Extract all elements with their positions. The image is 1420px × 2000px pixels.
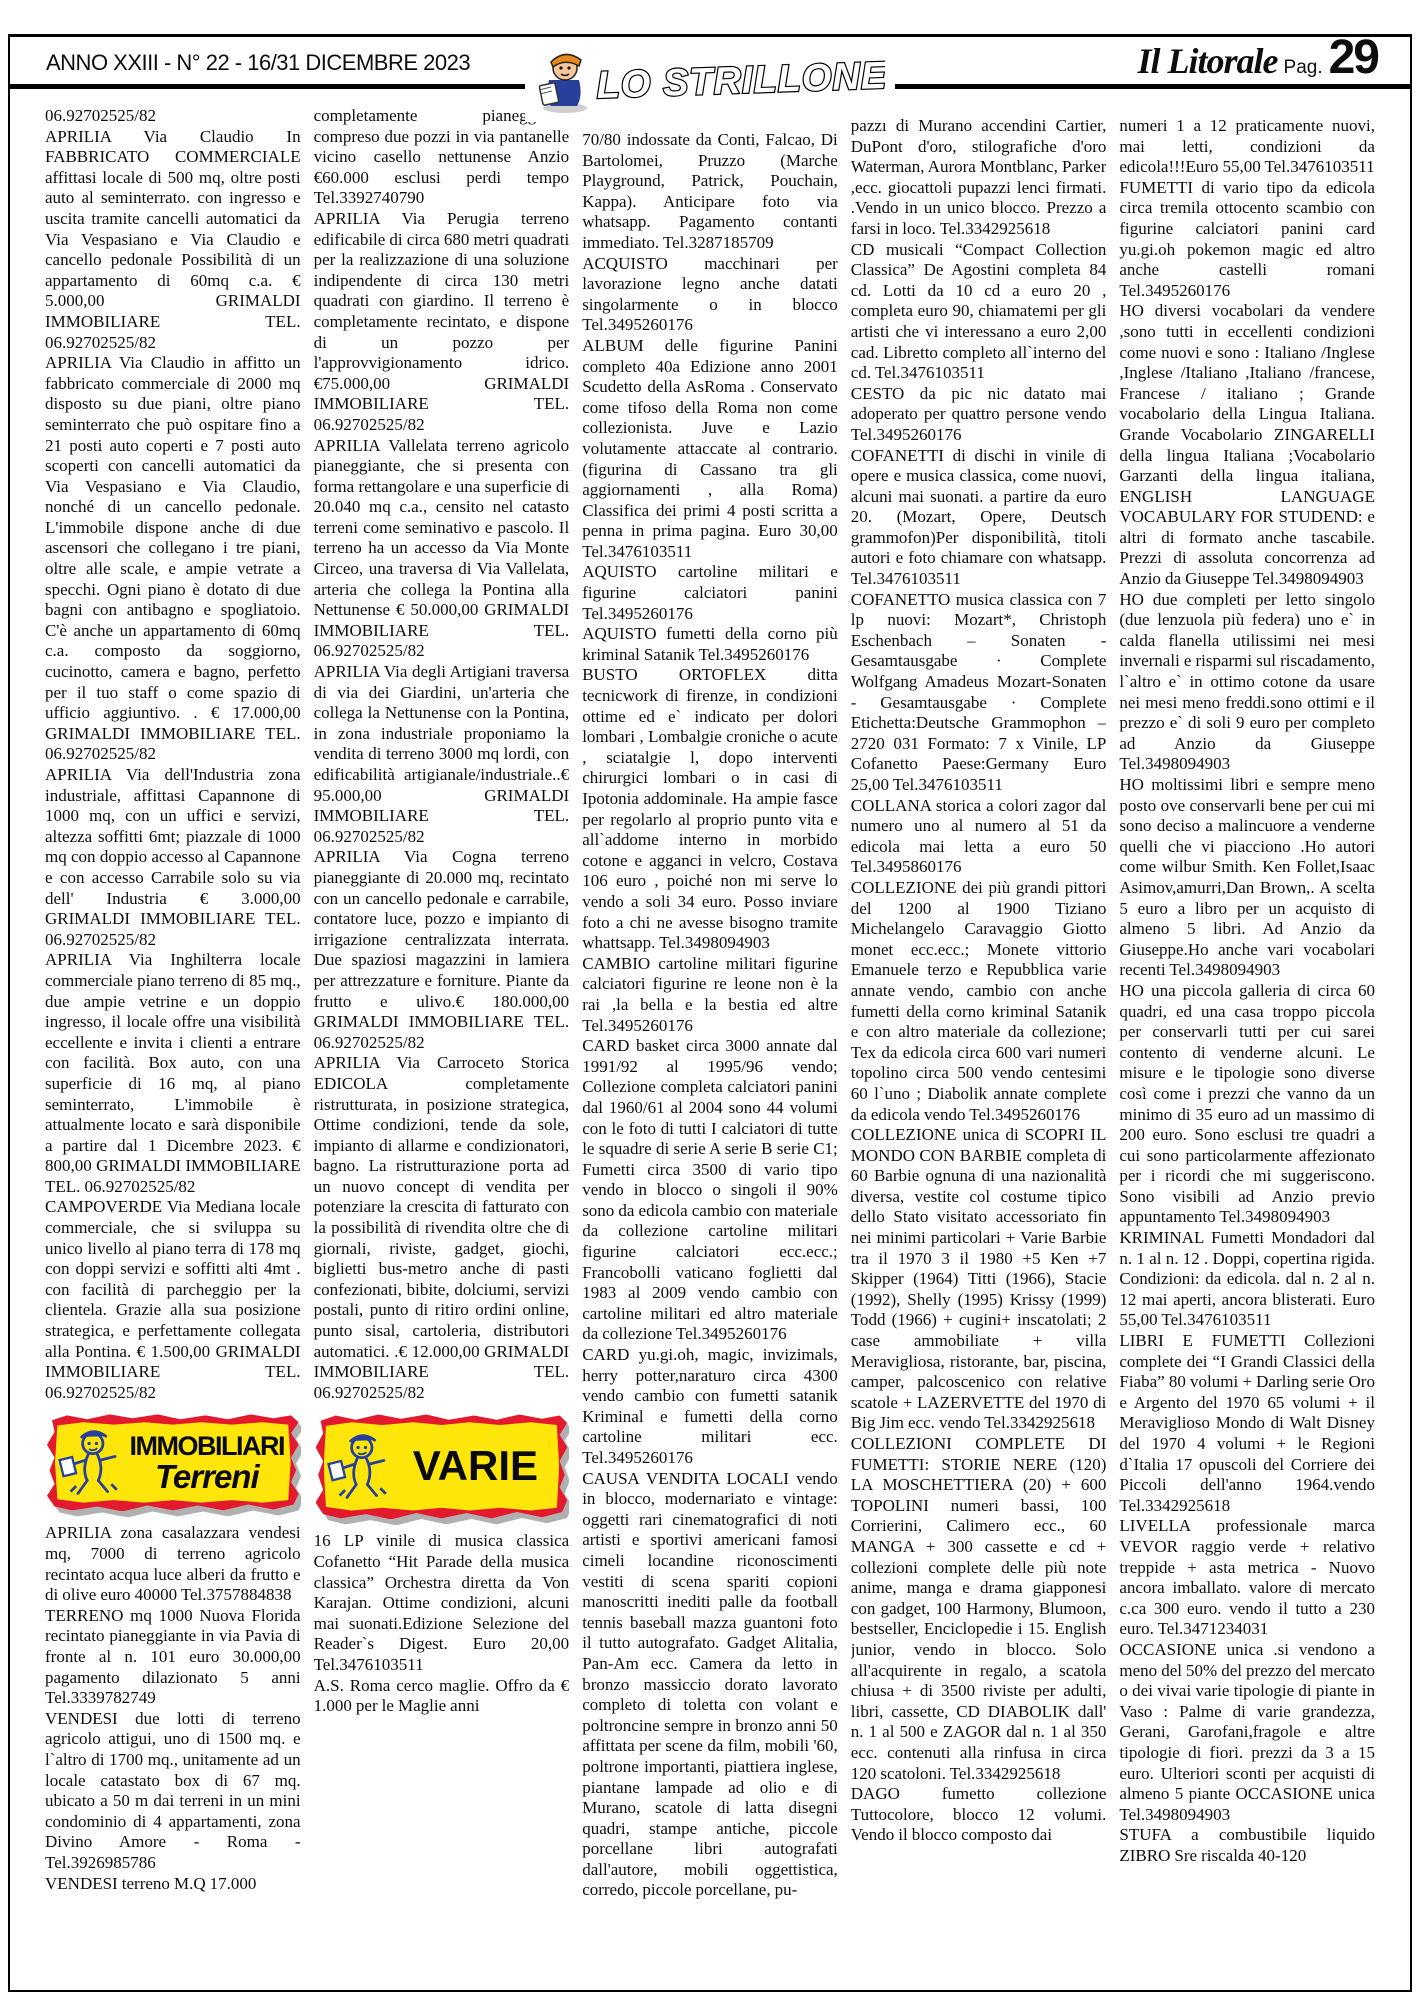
- classified-ad: A.S. Roma cerco maglie. Offro da € 1.000…: [314, 1676, 570, 1717]
- classified-ad: COLLEZIONE unica di SCOPRI IL MONDO CON …: [851, 1125, 1107, 1434]
- classified-ad: AQUISTO fumetti della corno più kriminal…: [582, 624, 838, 665]
- column-5: numeri 1 a 12 praticamente nuovi, mai le…: [1119, 106, 1375, 1990]
- masthead-page-word: Pag.: [1284, 57, 1323, 79]
- classified-ad: LIVELLA professionale marca VEVOR raggio…: [1119, 1516, 1375, 1640]
- classified-ad: HO una piccola galleria di circa 60 quad…: [1119, 981, 1375, 1228]
- classified-ad: AQUISTO cartoline militari e figurine ca…: [582, 562, 838, 624]
- section-banner-varie: VARIE: [316, 1413, 568, 1519]
- classified-ad: APRILIA Via Cogna terreno pianeggiante d…: [314, 847, 570, 1053]
- banner-subtitle: Terreni: [155, 1460, 259, 1493]
- classified-ad: CESTO da pic nic datato mai adoperato pe…: [851, 384, 1107, 446]
- classified-ad: APRILIA Vallelata terreno agricolo piane…: [314, 436, 570, 663]
- column-4: pazzi di Murano accendini Cartier, DuPon…: [851, 106, 1107, 1990]
- classified-ad: APRILIA Via Claudio In FABBRICATO COMMER…: [45, 127, 301, 354]
- classified-ad: COFANETTO musica classica con 7 lp nuovi…: [851, 590, 1107, 796]
- classified-ad: VENDESI due lotti di terreno agricolo at…: [45, 1709, 301, 1874]
- classified-ad: HO diversi vocabolari da vendere ,sono t…: [1119, 301, 1375, 589]
- classified-ad: CAMBIO cartoline militari figurine calci…: [582, 954, 838, 1036]
- banner-title: VARIE: [413, 1442, 538, 1490]
- section-banner-immobiliari-terreni: IMMOBILIARI Terreni: [47, 1413, 299, 1511]
- classified-ad: CARD basket circa 3000 annate dal 1991/9…: [582, 1036, 838, 1345]
- classified-ad: VENDESI terreno M.Q 17.000: [45, 1874, 301, 1895]
- lo-strillone-logo: LO STRILLONE: [525, 40, 895, 122]
- column-2: completamente pianeggiante compreso due …: [314, 106, 570, 1990]
- classified-ad: COLLANA storica a colori zagor dal numer…: [851, 796, 1107, 878]
- column-1: 06.92702525/82APRILIA Via Claudio In FAB…: [45, 106, 301, 1990]
- classified-ad: ALBUM delle figurine Panini completo 40a…: [582, 336, 838, 563]
- classified-ad: APRILIA Via degli Artigiani traversa di …: [314, 662, 570, 847]
- classified-ad: TERRENO mq 1000 Nuova Florida recintato …: [45, 1606, 301, 1709]
- strillone-mascot-icon: [326, 1429, 392, 1503]
- classified-ad: OCCASIONE unica .si vendono a meno del 5…: [1119, 1640, 1375, 1825]
- classified-ad: COLLEZIONE dei più grandi pittori del 12…: [851, 878, 1107, 1125]
- classified-ad: BUSTO ORTOFLEX ditta tecnicwork di firen…: [582, 665, 838, 953]
- masthead-title: Il Litorale: [1138, 40, 1278, 82]
- classified-ad: ACQUISTO macchinari per lavorazione legn…: [582, 254, 838, 336]
- classified-ad: CAUSA VENDITA LOCALI vendo in blocco, mo…: [582, 1469, 838, 1901]
- classified-ad: APRILIA Via Inghilterra locale commercia…: [45, 950, 301, 1197]
- classified-ad: 06.92702525/82: [45, 106, 301, 127]
- logo-text: LO STRILLONE: [596, 55, 885, 107]
- banner-title: IMMOBILIARI: [130, 1432, 284, 1460]
- classified-ad: APRILIA Via Perugia terreno edificabile …: [314, 209, 570, 436]
- issue-line: ANNO XXIII - N° 22 - 16/31 DICEMBRE 2023: [46, 50, 470, 76]
- classified-ad: pazzi di Murano accendini Cartier, DuPon…: [851, 116, 1107, 240]
- classified-ad: CAMPOVERDE Via Mediana locale commercial…: [45, 1197, 301, 1403]
- classifieds-columns: 06.92702525/82APRILIA Via Claudio In FAB…: [45, 106, 1375, 1990]
- column-3: 70/80 indossate da Conti, Falcao, Di Bar…: [582, 106, 838, 1990]
- classified-ad: 16 LP vinile di musica classica Cofanett…: [314, 1531, 570, 1675]
- classified-ad: HO due completi per letto singolo (due l…: [1119, 590, 1375, 775]
- classified-ad: APRILIA Via Carroceto Storica EDICOLA co…: [314, 1053, 570, 1403]
- classified-ad: DAGO fumetto collezione Tuttocolore, blo…: [851, 1784, 1107, 1846]
- banner-torn-border: VARIE: [316, 1413, 568, 1519]
- logo-wordmark: LO STRILLONE: [595, 45, 885, 117]
- classified-ad: numeri 1 a 12 praticamente nuovi, mai le…: [1119, 116, 1375, 178]
- classified-ad: CARD yu.gi.oh, magic, invizimals, herry …: [582, 1345, 838, 1469]
- banner-torn-border: IMMOBILIARI Terreni: [47, 1413, 299, 1511]
- classified-ad: COLLEZIONI COMPLETE DI FUMETTI: STORIE N…: [851, 1434, 1107, 1784]
- classified-ad: APRILIA Via Claudio in affitto un fabbri…: [45, 353, 301, 765]
- classified-ad: FUMETTI di vario tipo da edicola circa t…: [1119, 178, 1375, 302]
- classified-ad: HO moltissimi libri e sempre meno posto …: [1119, 775, 1375, 981]
- masthead-page-number: 29: [1329, 38, 1378, 78]
- newspaper-page: ANNO XXIII - N° 22 - 16/31 DICEMBRE 2023…: [0, 0, 1420, 2000]
- newsboy-logo-icon: [535, 46, 593, 116]
- classified-ad: APRILIA Via dell'Industria zona industri…: [45, 765, 301, 950]
- classified-ad: APRILIA zona casalazzara vendesi mq, 700…: [45, 1523, 301, 1605]
- classified-ad: 70/80 indossate da Conti, Falcao, Di Bar…: [582, 130, 838, 254]
- classified-ad: CD musicali “Compact Collection Classica…: [851, 240, 1107, 384]
- classified-ad: COFANETTI di dischi in vinile di opere e…: [851, 446, 1107, 590]
- classified-ad: KRIMINAL Fumetti Mondadori dal n. 1 al n…: [1119, 1228, 1375, 1331]
- classified-ad: LIBRI E FUMETTI Collezioni complete dei …: [1119, 1331, 1375, 1516]
- classified-ad: STUFA a combustibile liquido ZIBRO Sre r…: [1119, 1825, 1375, 1866]
- strillone-mascot-icon: [57, 1425, 123, 1499]
- masthead: Il Litorale Pag. 29: [1130, 38, 1378, 82]
